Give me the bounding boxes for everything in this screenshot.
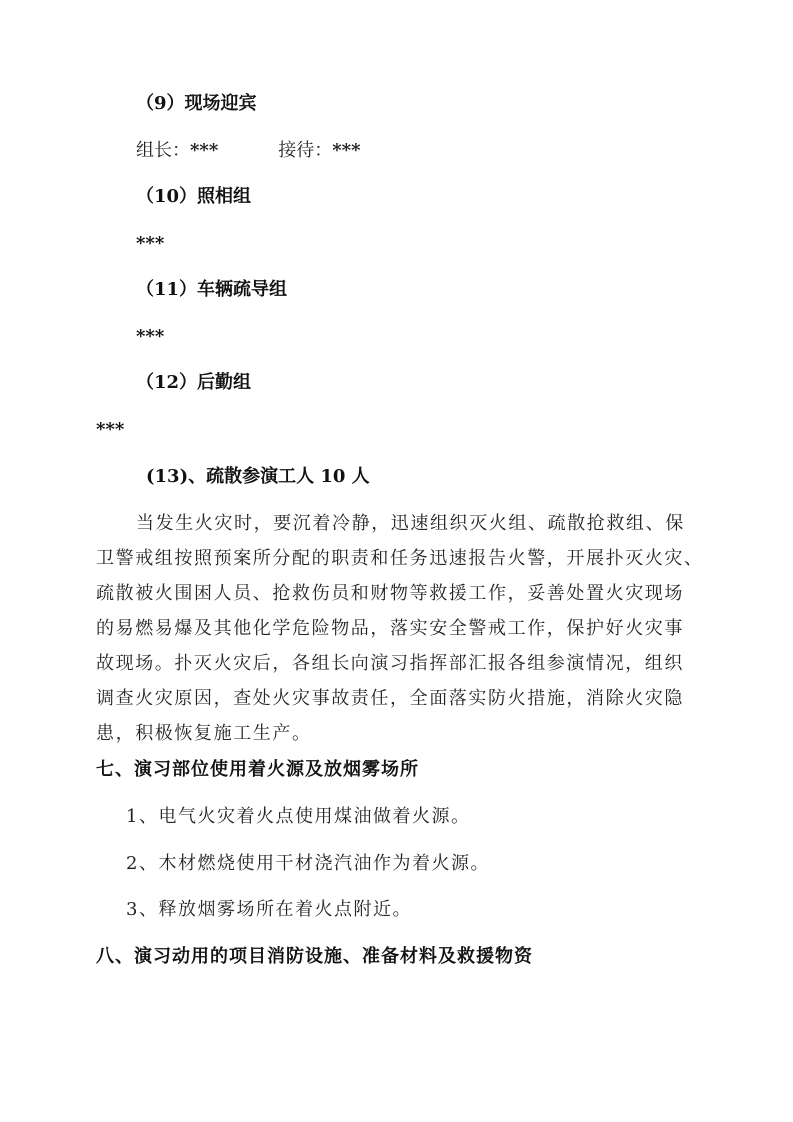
- chapter-7-heading: 七、演习部位使用着火源及放烟雾场所: [96, 758, 419, 782]
- section-11-heading: （11）车辆疏导组: [136, 278, 287, 302]
- section-13-heading: (13)、疏散参演工人 10 人: [146, 465, 370, 489]
- section-10-heading: （10）照相组: [136, 185, 251, 209]
- section-11-members: ***: [136, 325, 164, 349]
- chapter-8-heading: 八、演习动用的项目消防设施、准备材料及救援物资: [96, 945, 533, 969]
- leader-label: 组长：: [136, 140, 190, 161]
- section-9-roles: 组长：***接待：***: [136, 139, 361, 163]
- chapter-7-item: 1、电气火灾着火点使用煤油做着火源。: [126, 805, 470, 829]
- section-12-members: ***: [96, 418, 124, 442]
- paragraph-line: 卫警戒组按照预案所分配的职责和任务迅速报告火警，开展扑灭火灾、: [96, 547, 700, 571]
- section-9-heading: （9）现场迎宾: [136, 92, 257, 116]
- paragraph-line: 调查火灾原因，查处火灾事故责任，全面落实防火措施，消除火灾隐: [96, 687, 700, 711]
- paragraph-line: 患，积极恢复施工生产。: [96, 722, 700, 746]
- chapter-7-item: 3、释放烟雾场所在着火点附近。: [126, 898, 412, 922]
- paragraph-line: 的易燃易爆及其他化学危险物品，落实安全警戒工作，保护好火灾事: [96, 617, 700, 641]
- chapter-7-item: 2、木材燃烧使用干材浇汽油作为着火源。: [126, 852, 490, 876]
- paragraph-line: 当发生火灾时，要沉着冷静，迅速组织灭火组、疏散抢救组、保: [136, 512, 740, 536]
- reception-value: ***: [332, 140, 360, 161]
- leader-value: ***: [190, 140, 218, 161]
- paragraph-line: 疏散被火围困人员、抢救伤员和财物等救援工作，妥善处置火灾现场: [96, 582, 700, 606]
- paragraph-line: 故现场。扑灭火灾后，各组长向演习指挥部汇报各组参演情况，组织: [96, 652, 700, 676]
- section-10-members: ***: [136, 232, 164, 256]
- document-page: （9）现场迎宾 组长：***接待：*** （10）照相组 *** （11）车辆疏…: [0, 0, 793, 1122]
- reception-label: 接待：: [278, 140, 332, 161]
- section-12-heading: （12）后勤组: [136, 371, 251, 395]
